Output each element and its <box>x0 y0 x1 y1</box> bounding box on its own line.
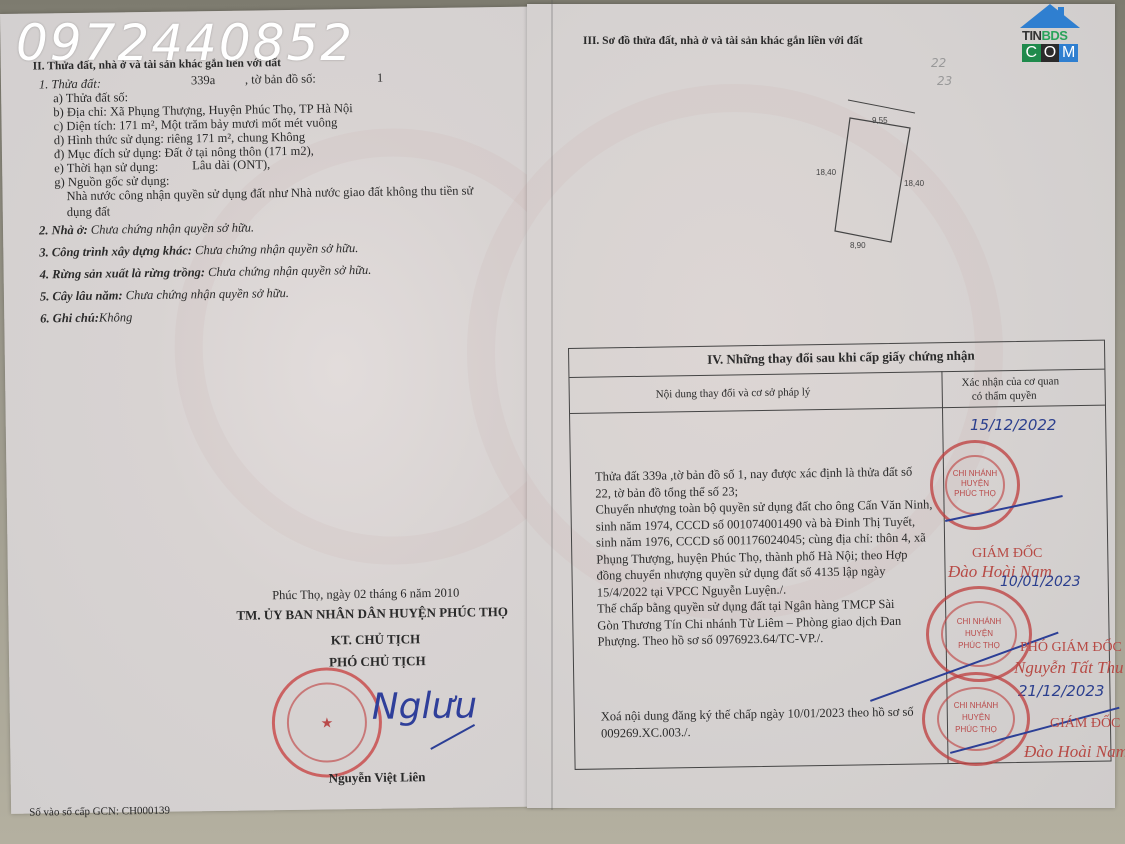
signature-stroke <box>430 724 475 750</box>
branch-seal-1: CHI NHÁNH HUYỆN PHÚC THỌ <box>930 440 1020 530</box>
ubnd-seal: ★ <box>271 667 383 779</box>
issuing-org: TM. ỦY BAN NHÂN DÂN HUYỆN PHÚC THỌ <box>236 605 508 623</box>
handwritten-ref-bottom: 23 <box>937 74 952 88</box>
house-roof-icon <box>1020 4 1080 28</box>
deletion-line: 009269.XC.003./. <box>601 721 914 743</box>
parcel-number: 339a <box>191 73 216 87</box>
column-content-header: Nội dung thay đổi và cơ sở pháp lý <box>656 385 811 401</box>
page-fold <box>551 0 553 810</box>
confirm-title-1: GIÁM ĐỐC <box>972 546 1042 562</box>
origin-line-2: dụng đất <box>67 204 111 219</box>
confirm-date-1: 15/12/2022 <box>970 416 1056 434</box>
issue-book-number: Số vào sổ cấp GCN: CH000139 <box>29 804 170 820</box>
confirm-name-2: Nguyễn Tất Thu <box>1014 658 1124 678</box>
sketch-bottom-length: 8,90 <box>850 241 866 250</box>
sketch-left-length: 18,40 <box>816 168 837 177</box>
term-label: e) Thời hạn sử dụng: <box>54 160 158 175</box>
logo-com: C O M <box>1022 44 1078 62</box>
handwritten-ref-top: 22 <box>931 56 946 70</box>
map-sheet-number: 1 <box>377 71 383 85</box>
purpose-line: đ) Mục đích sử dụng: Đất ở tại nông thôn… <box>54 144 314 162</box>
term-value: Lâu dài (ONT), <box>192 157 270 172</box>
map-sheet-label: , tờ bản đồ số: <box>245 72 316 87</box>
chimney-icon <box>1058 7 1064 19</box>
signature-date: Phúc Thọ, ngày 02 tháng 6 năm 2010 <box>272 586 459 603</box>
confirm-title-3: GIÁM ĐỐC <box>1050 716 1120 732</box>
confirm-name-3: Đào Hoài Nam <box>1024 742 1125 762</box>
signer-role-2: PHÓ CHỦ TỊCH <box>329 654 426 669</box>
sketch-right-length: 18,40 <box>904 179 925 188</box>
change-content: Thửa đất 339a ,tờ bản đồ số 1, nay được … <box>595 463 935 650</box>
signer-name: Nguyễn Việt Liên <box>329 770 426 785</box>
parcel-sketch: 9,55 18,40 18,40 8,90 <box>780 90 980 260</box>
star-icon: ★ <box>275 714 379 732</box>
item-notes: 6. Ghi chú:Không <box>40 310 132 325</box>
confirm-title-2: PHÓ GIÁM ĐỐC <box>1020 640 1122 656</box>
confirm-date-3: 21/12/2023 <box>1018 682 1104 700</box>
confirm-date-2: 10/01/2023 <box>1000 574 1081 590</box>
changes-title: IV. Những thay đổi sau khi cấp giấy chứn… <box>707 349 975 367</box>
sketch-top-length: 9,55 <box>872 116 888 125</box>
land-heading: 1. Thửa đất: <box>39 77 101 92</box>
deletion-content: Xoá nội dung đăng ký thế chấp ngày 10/01… <box>601 704 914 743</box>
branch-seal-3: CHI NHÁNH HUYỆN PHÚC THỌ <box>922 672 1030 766</box>
logo-wordmark: TINBDS <box>1022 28 1067 43</box>
section-iii-title: III. Sơ đồ thửa đất, nhà ở và tài sản kh… <box>583 34 863 48</box>
phone-watermark: 0972440852 <box>16 14 354 72</box>
item-house: 2. Nhà ở: Chưa chứng nhận quyền sở hữu. <box>39 220 254 237</box>
signer-role-1: KT. CHỦ TỊCH <box>331 632 421 647</box>
column-confirm-header-1: Xác nhận của cơ quan <box>961 374 1059 390</box>
chairman-signature: Nglưu <box>371 685 477 727</box>
tinbds-logo: TINBDS C O M <box>1018 4 1082 62</box>
parcel-label: a) Thửa đất số: <box>53 90 128 105</box>
column-confirm-header-2: có thẩm quyền <box>972 389 1037 404</box>
